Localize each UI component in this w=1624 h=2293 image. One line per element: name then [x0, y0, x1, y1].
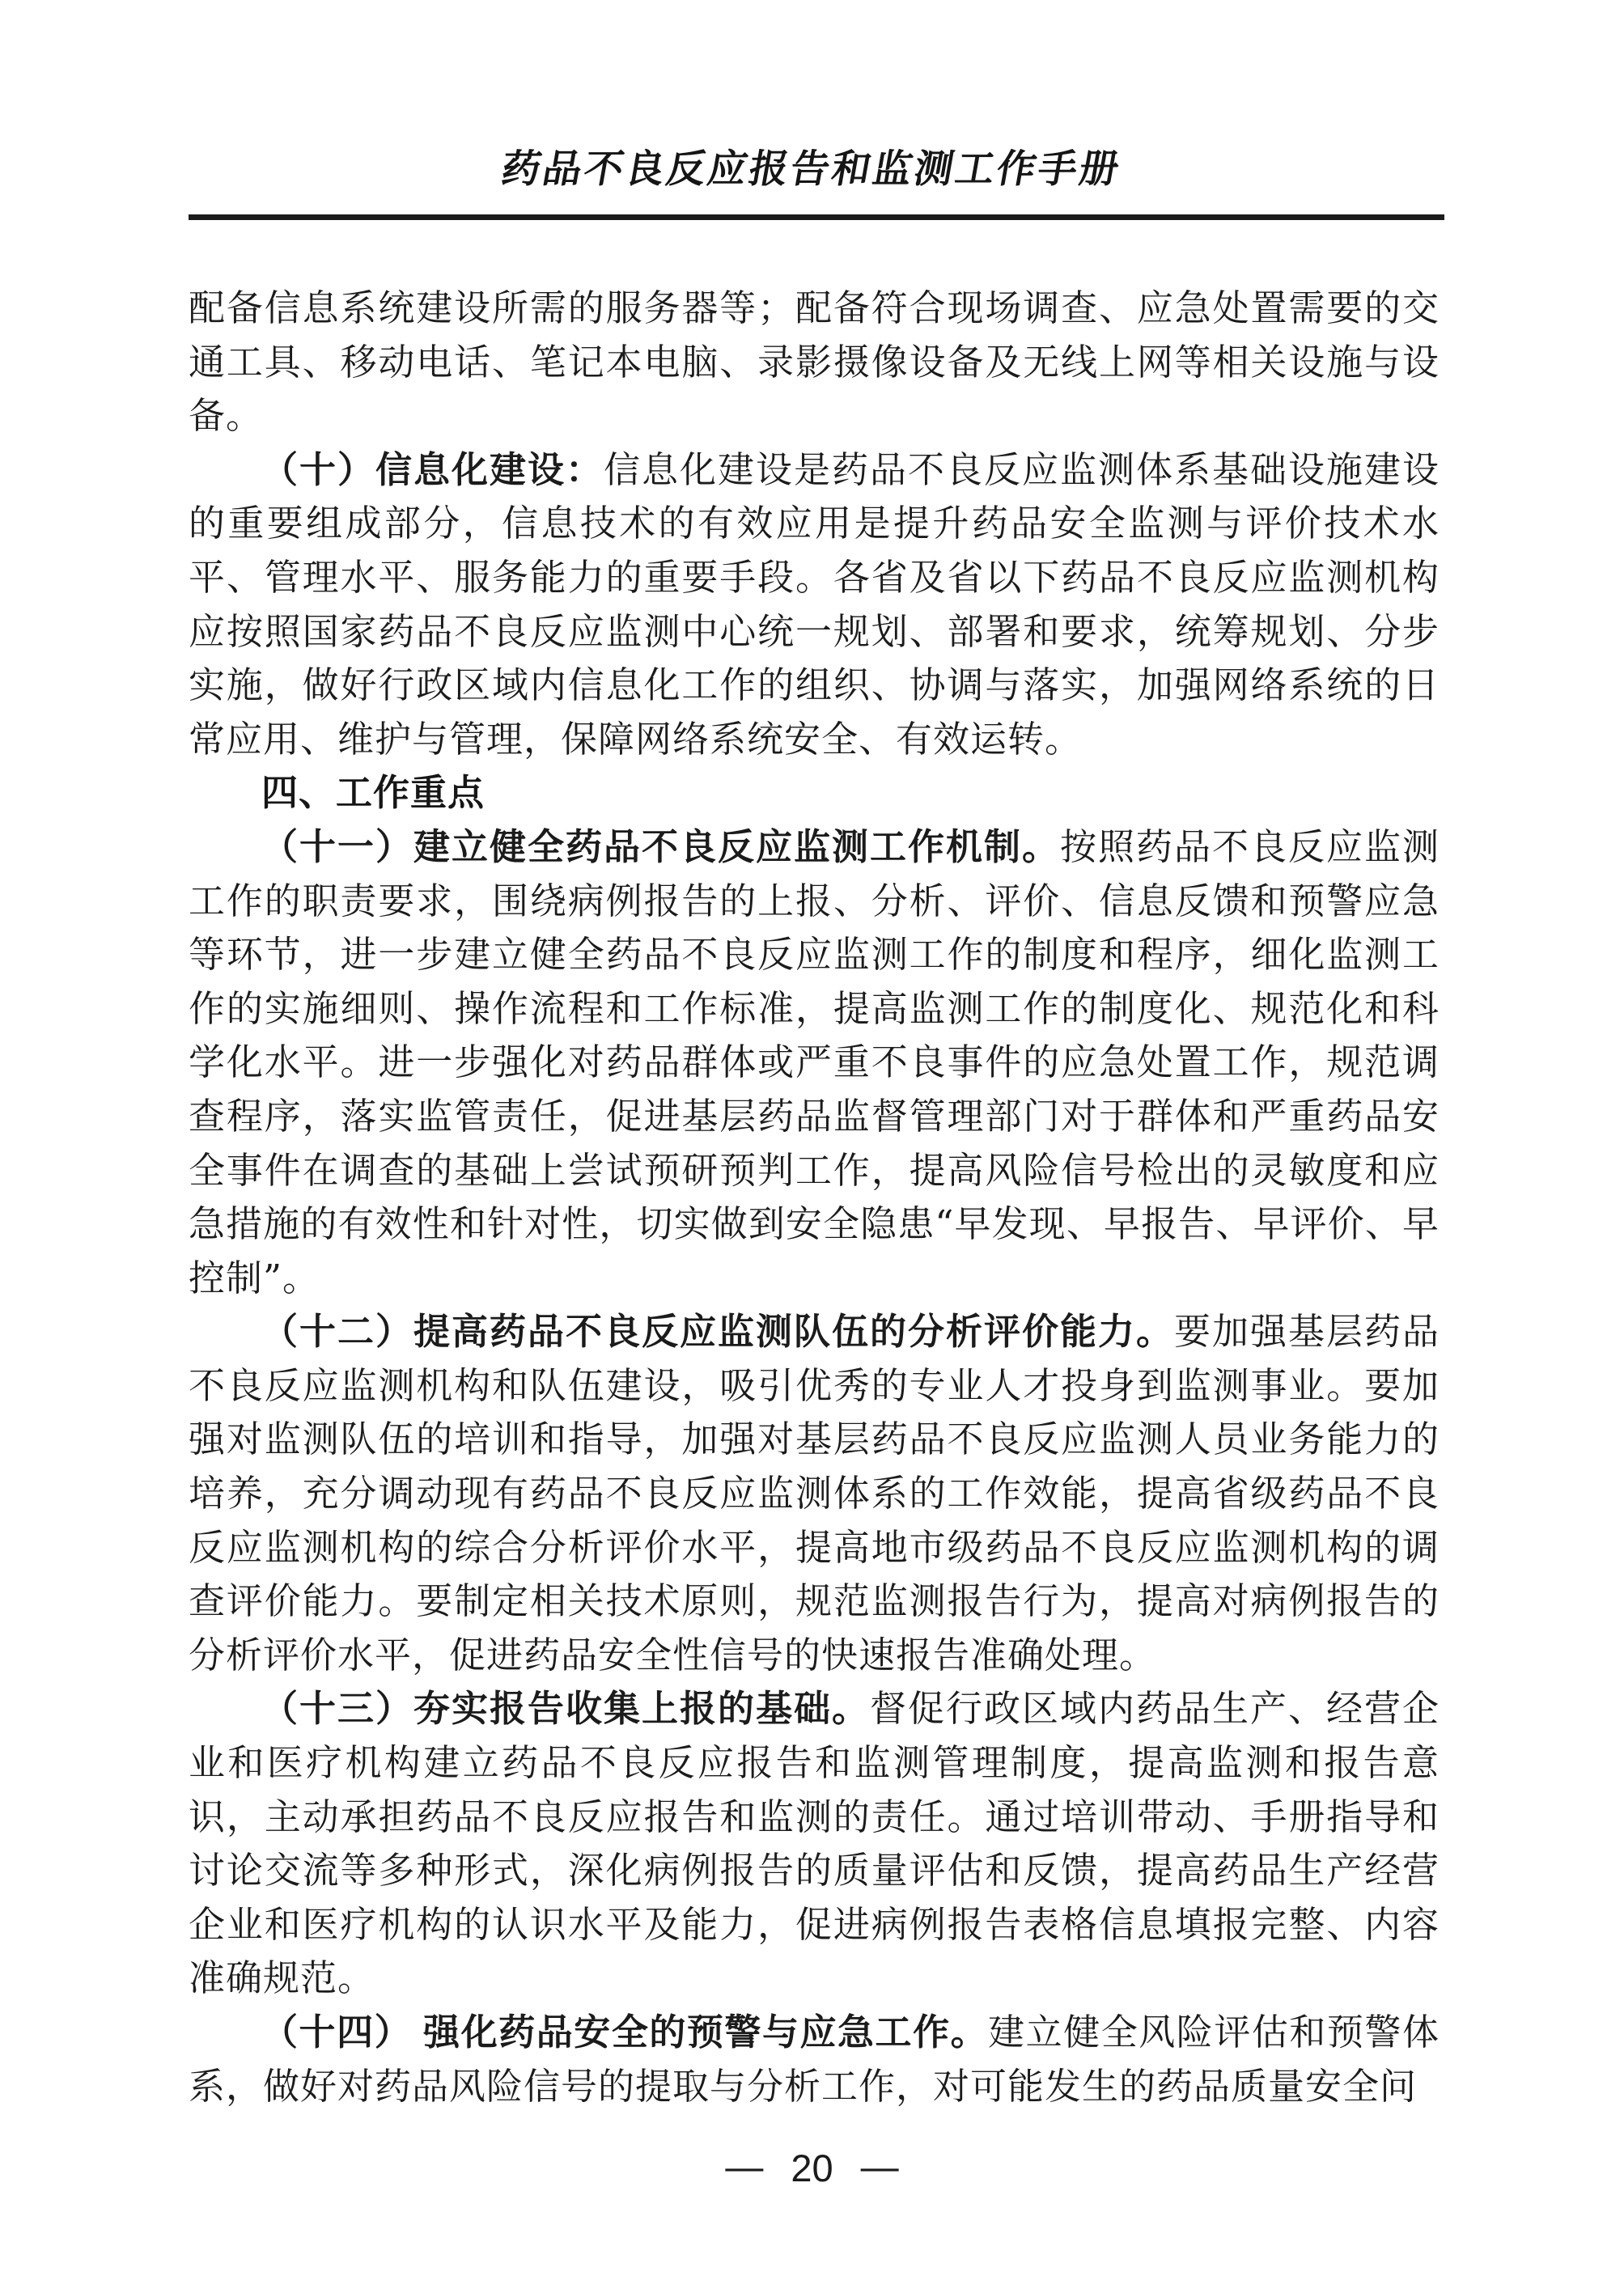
- paragraph-lead: （十四） 强化药品安全的预警与应急工作。: [261, 2011, 988, 2053]
- paragraph-text: 配备信息系统建设所需的服务器等；配备符合现场调查、应急处置需要的交通工具、移动电…: [189, 286, 1440, 437]
- paragraph-continuation: 配备信息系统建设所需的服务器等；配备符合现场调查、应急处置需要的交通工具、移动电…: [189, 282, 1440, 443]
- paragraph-text: 督促行政区域内药品生产、经营企业和医疗机构建立药品不良反应报告和监测管理制度，提…: [189, 1687, 1440, 1999]
- paragraph-item-12: （十二）提高药品不良反应监测队伍的分析评价能力。要加强基层药品不良反应监测机构和…: [189, 1305, 1440, 1682]
- paragraph-item-11: （十一）建立健全药品不良反应监测工作机制。按照药品不良反应监测工作的职责要求，围…: [189, 820, 1440, 1305]
- paragraph-lead: （十）信息化建设：: [261, 449, 604, 490]
- running-head-title: 药品不良反应报告和监测工作手册: [0, 138, 1624, 193]
- header-rule: [189, 214, 1444, 220]
- footer-right-dash: —: [861, 2144, 899, 2189]
- paragraph-text: 信息化建设是药品不良反应监测体系基础设施建设的重要组成部分，信息技术的有效应用是…: [189, 448, 1440, 761]
- paragraph-item-13: （十三）夯实报告收集上报的基础。督促行政区域内药品生产、经营企业和医疗机构建立药…: [189, 1682, 1440, 2006]
- paragraph-lead: （十三）夯实报告收集上报的基础。: [261, 1688, 870, 1729]
- paragraph-item-10: （十）信息化建设：信息化建设是药品不良反应监测体系基础设施建设的重要组成部分，信…: [189, 443, 1440, 767]
- paragraph-text: 按照药品不良反应监测工作的职责要求，围绕病例报告的上报、分析、评价、信息反馈和预…: [189, 825, 1440, 1299]
- paragraph-item-14: （十四） 强化药品安全的预警与应急工作。建立健全风险评估和预警体系，做好对药品风…: [189, 2006, 1440, 2113]
- document-page: 药品不良反应报告和监测工作手册 配备信息系统建设所需的服务器等；配备符合现场调查…: [0, 0, 1624, 2293]
- page-body: 配备信息系统建设所需的服务器等；配备符合现场调查、应急处置需要的交通工具、移动电…: [189, 282, 1440, 2113]
- footer-left-dash: —: [725, 2144, 763, 2189]
- page-footer: — 20 —: [0, 2146, 1624, 2190]
- footer-page-number: 20: [791, 2146, 833, 2190]
- paragraph-lead: （十一）建立健全药品不良反应监测工作机制。: [261, 826, 1060, 867]
- paragraph-lead: （十二）提高药品不良反应监测队伍的分析评价能力。: [261, 1311, 1174, 1352]
- section-heading-work-priorities: 四、工作重点: [189, 766, 1440, 820]
- paragraph-text: 要加强基层药品不良反应监测机构和队伍建设，吸引优秀的专业人才投身到监测事业。要加…: [189, 1310, 1440, 1676]
